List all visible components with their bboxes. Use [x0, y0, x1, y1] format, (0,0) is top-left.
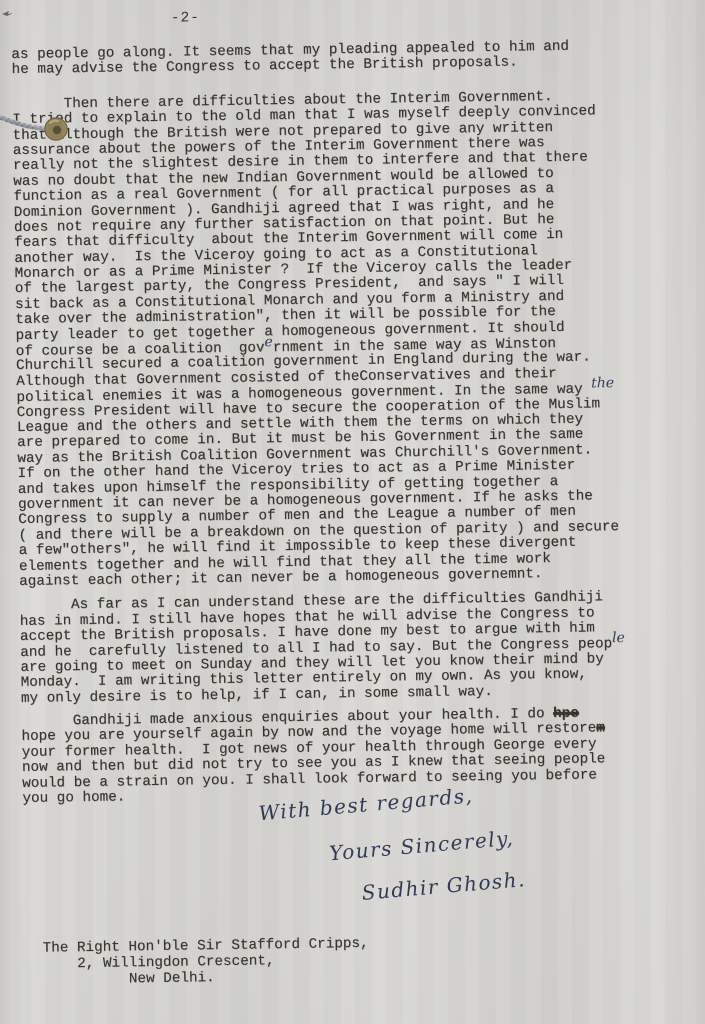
page-number: -2- — [171, 10, 200, 26]
paragraph-1: as people go along. It seems that my ple… — [11, 38, 681, 79]
handwritten-correction: the — [591, 375, 614, 391]
handwritten-correction: e — [264, 334, 273, 350]
struck-out-text: hpe — [553, 706, 579, 722]
paragraph-2: Then there are difficulties about the In… — [12, 88, 689, 590]
handwritten-closing: With best regards, Yours Sincerely, Sudh… — [252, 797, 554, 906]
closing-sincerely: Yours Sincerely, — [328, 822, 553, 865]
paragraph-4: Gandhiji made anxious enquiries about yo… — [21, 705, 692, 807]
struck-out-text: m — [596, 721, 605, 737]
recipient-address: The Right Hon'ble Sir Stafford Cripps, 2… — [43, 936, 370, 989]
paragraph-3: As far as I can understand these are the… — [19, 589, 691, 707]
letter-body: as people go along. It seems that my ple… — [11, 38, 692, 807]
signature: Sudhir Ghosh. — [361, 865, 554, 905]
letter-line: New Delhi. — [43, 968, 369, 989]
scanned-letter-page: -2- as people go along. It seems that my… — [0, 0, 705, 1024]
handwritten-correction: le — [612, 630, 625, 646]
letter-content: -2- as people go along. It seems that my… — [0, 0, 705, 1024]
